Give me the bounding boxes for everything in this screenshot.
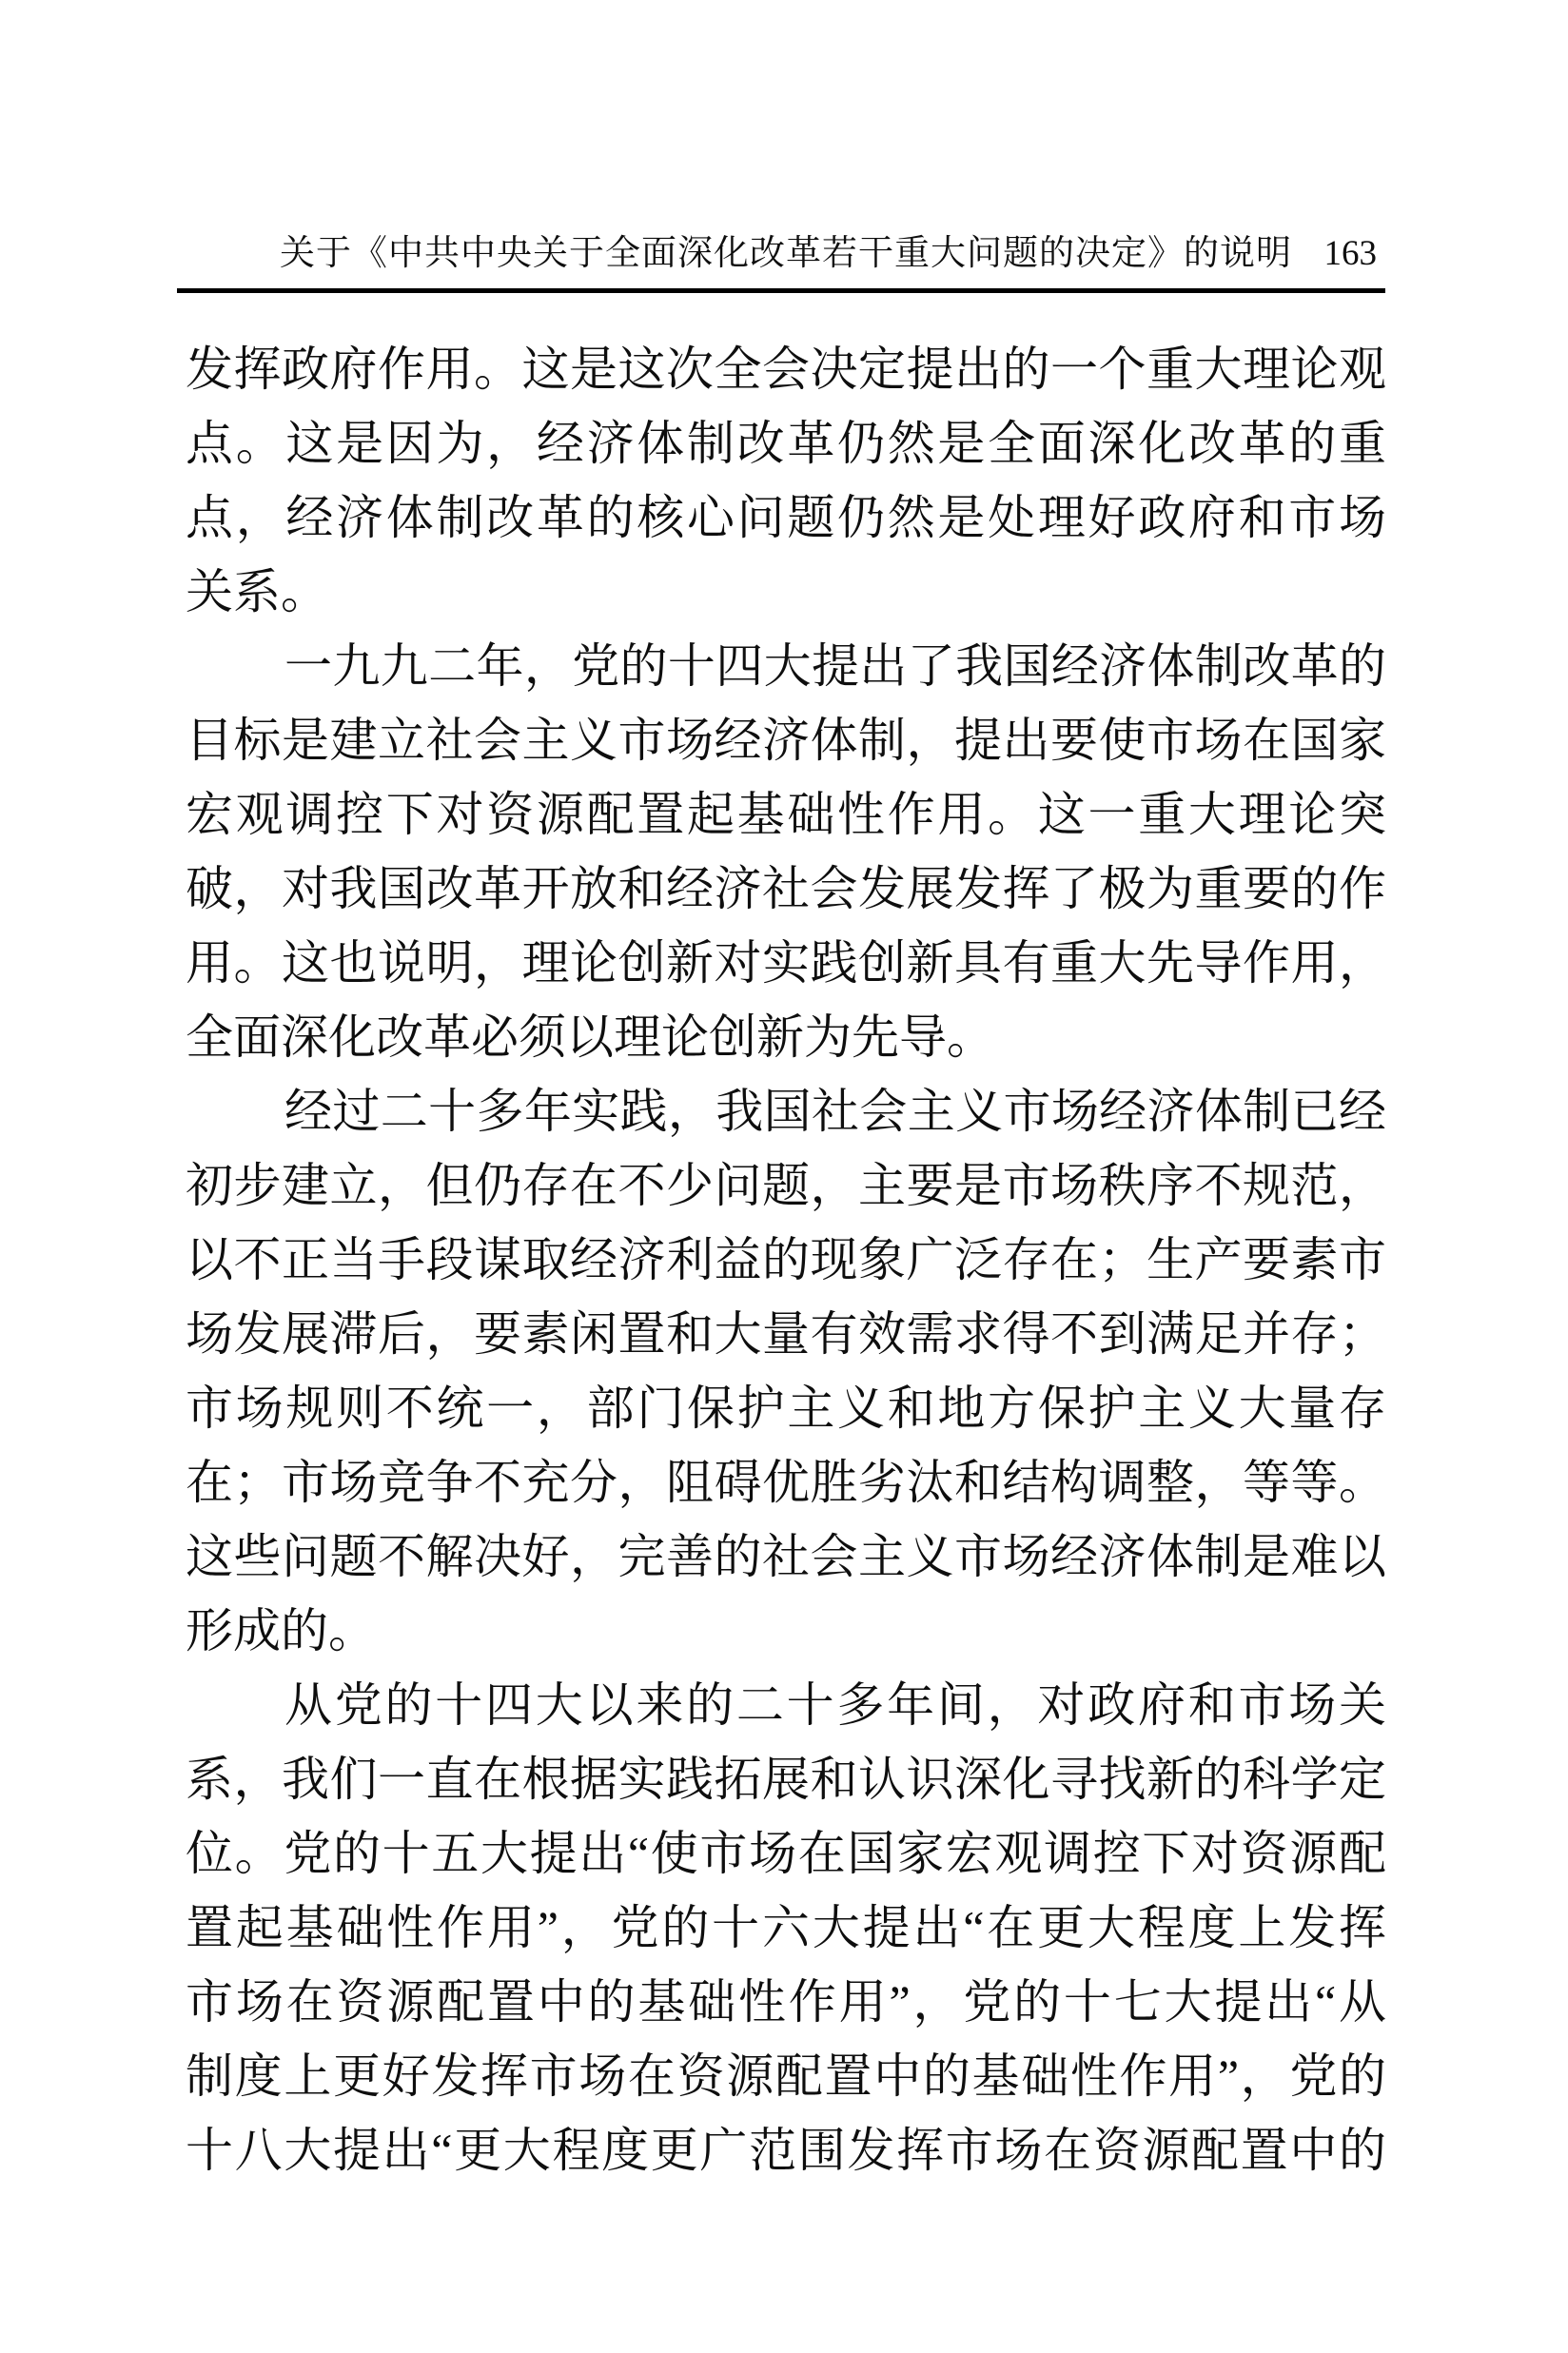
- body-line: 目标是建立社会主义市场经济体制，提出要使市场在国家: [186, 703, 1386, 777]
- body-line: 以不正当手段谋取经济利益的现象广泛存在；生产要素市: [186, 1223, 1386, 1297]
- header-rule: [177, 288, 1385, 293]
- body-line: 发挥政府作用。这是这次全会决定提出的一个重大理论观: [186, 332, 1386, 406]
- body-line: 点。这是因为，经济体制改革仍然是全面深化改革的重: [186, 406, 1386, 480]
- header-title: 关于《中共中央关于全面深化改革若干重大问题的决定》的说明: [186, 228, 1386, 280]
- body-text: 发挥政府作用。这是这次全会决定提出的一个重大理论观 点。这是因为，经济体制改革仍…: [186, 332, 1386, 2187]
- body-line: 场发展滞后，要素闲置和大量有效需求得不到满足并存；: [186, 1297, 1386, 1371]
- body-line: 宏观调控下对资源配置起基础性作用。这一重大理论突: [186, 777, 1386, 852]
- paragraph: 经过二十多年实践，我国社会主义市场经济体制已经 初步建立，但仍存在不少问题，主要…: [186, 1074, 1386, 1668]
- paragraph: 一九九二年，党的十四大提出了我国经济体制改革的 目标是建立社会主义市场经济体制，…: [186, 629, 1386, 1074]
- body-line: 经过二十多年实践，我国社会主义市场经济体制已经: [186, 1074, 1386, 1148]
- body-line: 点，经济体制改革的核心问题仍然是处理好政府和市场: [186, 480, 1386, 555]
- body-line: 置起基础性作用”，党的十六大提出“在更大程度上发挥: [186, 1891, 1386, 1965]
- page-number: 163: [1324, 228, 1378, 280]
- body-line: 一九九二年，党的十四大提出了我国经济体制改革的: [186, 629, 1386, 703]
- body-line: 初步建立，但仍存在不少问题，主要是市场秩序不规范，: [186, 1148, 1386, 1223]
- body-line: 全面深化改革必须以理论创新为先导。: [186, 1000, 1386, 1074]
- running-header: 关于《中共中央关于全面深化改革若干重大问题的决定》的说明 163: [186, 228, 1386, 280]
- body-line: 制度上更好发挥市场在资源配置中的基础性作用”，党的: [186, 2039, 1386, 2113]
- book-page: 关于《中共中央关于全面深化改革若干重大问题的决定》的说明 163 发挥政府作用。…: [0, 0, 1568, 2353]
- body-line: 十八大提出“更大程度更广范围发挥市场在资源配置中的: [186, 2113, 1386, 2187]
- body-line: 形成的。: [186, 1594, 1386, 1668]
- paragraph: 发挥政府作用。这是这次全会决定提出的一个重大理论观 点。这是因为，经济体制改革仍…: [186, 332, 1386, 629]
- body-line: 系，我们一直在根据实践拓展和认识深化寻找新的科学定: [186, 1742, 1386, 1816]
- body-line: 关系。: [186, 555, 1386, 629]
- body-line: 位。党的十五大提出“使市场在国家宏观调控下对资源配: [186, 1816, 1386, 1891]
- body-line: 市场在资源配置中的基础性作用”，党的十七大提出“从: [186, 1965, 1386, 2039]
- body-line: 市场规则不统一，部门保护主义和地方保护主义大量存: [186, 1371, 1386, 1445]
- paragraph: 从党的十四大以来的二十多年间，对政府和市场关 系，我们一直在根据实践拓展和认识深…: [186, 1668, 1386, 2187]
- body-line: 从党的十四大以来的二十多年间，对政府和市场关: [186, 1668, 1386, 1742]
- body-line: 破，对我国改革开放和经济社会发展发挥了极为重要的作: [186, 852, 1386, 926]
- body-line: 这些问题不解决好，完善的社会主义市场经济体制是难以: [186, 1520, 1386, 1594]
- body-line: 在；市场竞争不充分，阻碍优胜劣汰和结构调整，等等。: [186, 1445, 1386, 1520]
- body-line: 用。这也说明，理论创新对实践创新具有重大先导作用，: [186, 926, 1386, 1000]
